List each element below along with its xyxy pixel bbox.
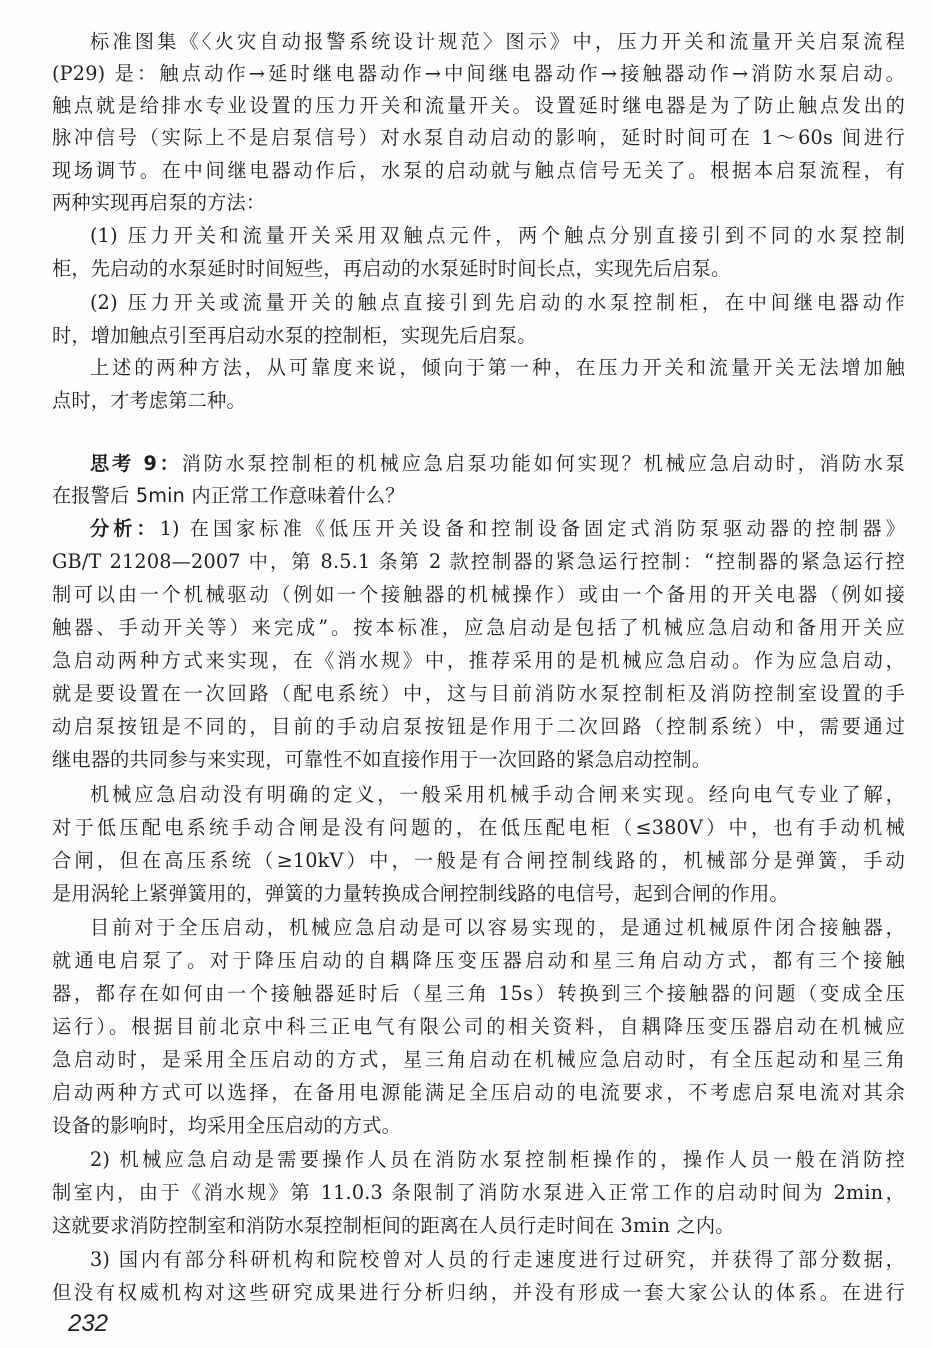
text-line: 合闸，但在高压系统（≥10kV）中，一般是有合闸控制线路的，机械部分是弹簧，手动 [52,845,905,877]
text-line: 脉冲信号（实际上不是启泵信号）对水泵自动启动的影响，延时时间可在 1～60s 间… [52,122,905,154]
text-line: 急启动两种方式来实现，在《消水规》中，推荐采用的是机械应急启动。作为应急启动， [52,645,905,677]
text-line: 器，都存在如何由一个接触器延时后（星三角 15s）转换到三个接触器的问题（变成全… [52,978,905,1010]
text-line: 启动两种方式可以选择，在备用电源能满足全压启动的电流要求，不考虑启泵电流对其余 [52,1077,905,1109]
text-line: 点时，才考虑第二种。 [52,385,905,417]
text-line: 现场调节。在中间继电器动作后，水泵的启动就与触点信号无关了。根据本启泵流程，有 [52,155,905,187]
text-line: (2) 压力开关或流量开关的触点直接引到先启动的水泵控制柜，在中间继电器动作 [90,287,905,319]
analysis-first-line: 分析：1) 在国家标准《低压开关设备和控制设备固定式消防泵驱动器的控制器》 [90,513,905,545]
text-line: (1) 压力开关和流量开关采用双触点元件，两个触点分别直接引到不同的水泵控制 [90,220,905,252]
analysis-text-1: 1) 在国家标准《低压开关设备和控制设备固定式消防泵驱动器的控制器》 [160,517,905,540]
text-line: 目前对于全压启动，机械应急启动是可以容易实现的，是通过机械原件闭合接触器， [90,912,905,944]
text-line: 对于低压配电系统手动合闸是没有问题的，在低压配电柜（≤380V）中，也有手动机械 [52,812,905,844]
text-line: 制可以由一个机械驱动（例如一个接触器的机械操作）或由一个备用的开关电器（例如接 [52,579,905,611]
text-line: 触器、手动开关等）来完成”。按本标准，应急启动是包括了机械应急启动和备用开关应 [52,612,905,644]
text-line: 两种实现再启泵的方法： [52,187,905,219]
text-line: 就通电启泵了。对于降压启动的自耦降压变压器启动和星三角启动方式，都有三个接触 [52,945,905,977]
page-number: 232 [68,1310,108,1338]
text-line: 是用涡轮上紧弹簧用的，弹簧的力量转换成合闸控制线路的电信号，起到合闸的作用。 [52,878,905,910]
text-line: 2) 机械应急启动是需要操作人员在消防水泵控制柜操作的，操作人员一般在消防控 [90,1144,905,1176]
text-line: 上述的两种方法，从可靠度来说，倾向于第一种，在压力开关和流量开关无法增加触 [90,352,905,384]
text-line: 制室内，由于《消水规》第 11.0.3 条限制了消防水泵进入正常工作的启动时间为… [52,1177,905,1209]
text-line: 动启泵按钮是不同的，目前的手动启泵按钮是作用于二次回路（控制系统）中，需要通过 [52,711,905,743]
text-line: 就是要设置在一次回路（配电系统）中，这与目前消防水泵控制柜及消防控制室设置的手 [52,678,905,710]
question-text-1: 消防水泵控制柜的机械应急启泵功能如何实现？机械应急启动时，消防水泵 [182,452,905,475]
question-line-2: 在报警后 5min 内正常工作意味着什么？ [52,480,905,512]
text-line: (P29) 是：触点动作→延时继电器动作→中间继电器动作→接触器动作→消防水泵启… [52,58,905,90]
text-line: 这就要求消防控制室和消防水泵控制柜间的距离在人员行走时间在 3min 之内。 [52,1210,905,1242]
text-line: 但没有权威机构对这些研究成果进行分析归纳，并没有形成一套大家公认的体系。在进行 [52,1277,905,1309]
analysis-label: 分析： [90,517,160,540]
text-line: 设备的影响时，均采用全压启动的方式。 [52,1110,905,1142]
text-line: 标准图集《〈火灾自动报警系统设计规范〉图示》中，压力开关和流量开关启泵流程 [90,26,905,58]
text-line: 急启动时，是采用全压启动的方式，星三角启动在机械应急启动时，有全压起动和星三角 [52,1044,905,1076]
text-line: 柜，先启动的水泵延时时间短些，再启动的水泵延时时间长点，实现先后启泵。 [52,253,905,285]
text-line: GB/T 21208—2007 中，第 8.5.1 条第 2 款控制器的紧急运行… [52,546,905,578]
question-line-1: 思考 9：消防水泵控制柜的机械应急启泵功能如何实现？机械应急启动时，消防水泵 [90,448,905,480]
question-label: 思考 9： [90,452,182,475]
text-line: 运行）。根据目前北京中科三正电气有限公司的相关资料，自耦降压变压器启动在机械应 [52,1011,905,1043]
text-line: 继电器的共同参与来实现，可靠性不如直接作用于一次回路的紧急启动控制。 [52,744,905,776]
text-line: 触点就是给排水专业设置的压力开关和流量开关。设置延时继电器是为了防止触点发出的 [52,90,905,122]
book-page: 标准图集《〈火灾自动报警系统设计规范〉图示》中，压力开关和流量开关启泵流程(P2… [0,0,932,1348]
text-line: 机械应急启动没有明确的定义，一般采用机械手动合闸来实现。经向电气专业了解， [90,779,905,811]
text-line: 时，增加触点引至再启动水泵的控制柜，实现先后启泵。 [52,320,905,352]
text-line: 3) 国内有部分科研机构和院校曾对人员的行走速度进行过研究，并获得了部分数据， [90,1244,905,1276]
